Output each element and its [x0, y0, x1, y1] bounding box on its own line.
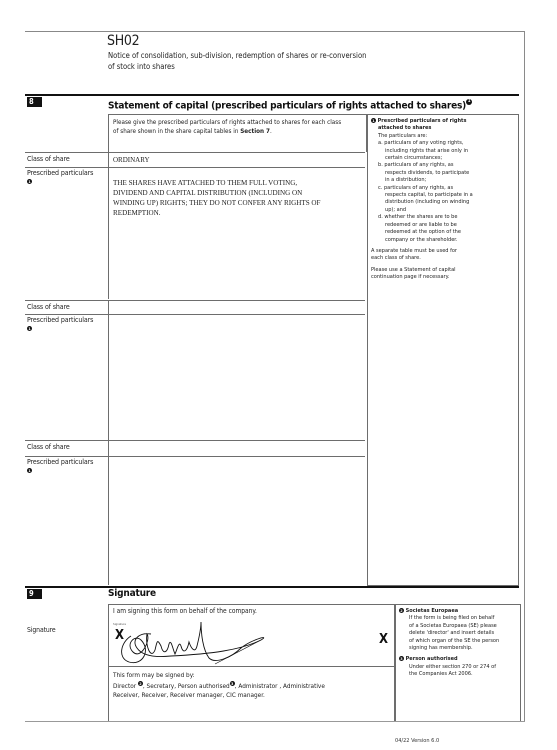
particulars-line: WINDING UP) RIGHTS; THEY DO NOT CONFER A… — [113, 198, 365, 208]
section9-bottom-rule — [25, 721, 525, 722]
notes-heading-line1: Prescribed particulars of rights — [378, 118, 467, 124]
note-marker-icon: 1 — [27, 468, 32, 473]
section9-note: 3 Person authorisedUnder either section … — [399, 656, 518, 678]
section9-rule — [25, 586, 519, 588]
notes-item-line: in a distribution; — [385, 177, 426, 183]
section8-instruction: Please give the prescribed particulars o… — [109, 115, 366, 136]
instruction-section-ref: Section 7 — [240, 128, 270, 135]
prescribed-particulars-text: Prescribed particulars — [27, 169, 93, 177]
section9-note-heading: Societas Europaea — [406, 608, 459, 614]
continuation-line2: continuation page if necessary. — [371, 274, 516, 281]
notes-item-line: up); and — [385, 207, 406, 213]
notes-item: d. whether the shares are to beredeemed … — [372, 214, 516, 244]
notes-item-line: particulars of any rights, as — [384, 162, 453, 168]
section9-note-line: the Companies Act 2006. — [409, 671, 473, 677]
section9-note-line: delete 'director' and insert details — [409, 630, 494, 636]
signers-box: This form may be signed by: Director 2, … — [108, 666, 395, 722]
note-marker-icon: 3 — [399, 656, 404, 661]
particulars-line: REDEMPTION. — [113, 208, 365, 218]
notes-item: b. particulars of any rights, asrespects… — [372, 162, 516, 184]
class-of-share-label: Class of share — [27, 443, 70, 451]
notes-item-letter: a. — [378, 140, 383, 146]
prescribed-particulars-label: Prescribed particulars1 — [27, 169, 93, 185]
class-of-share-label: Class of share — [27, 303, 70, 311]
header-top-rule — [25, 31, 525, 32]
section8-number: 8 — [27, 97, 42, 107]
signature-field[interactable]: Signature X X — [108, 620, 395, 667]
prescribed-particulars-field[interactable] — [108, 314, 365, 440]
notes-item-line: whether the shares are to be — [384, 214, 457, 220]
particulars-line: DIVIDEND AND CAPITAL DISTRIBUTION (INCLU… — [113, 188, 365, 198]
notes-heading-line2: attached to shares — [378, 125, 431, 131]
instruction-line2-prefix: of share shown in the share capital tabl… — [113, 128, 240, 135]
section9-number: 9 — [27, 589, 42, 599]
prescribed-particulars-label: Prescribed particulars1 — [27, 316, 93, 332]
notes-item-line: particulars of any voting rights, — [384, 140, 463, 146]
form-title-line1: Notice of consolidation, sub-division, r… — [108, 51, 366, 60]
section9-notes-box: 2 Societas EuropaeaIf the form is being … — [395, 604, 521, 722]
signers-line1: This form may be signed by: — [113, 671, 394, 680]
notes-item-letter: b. — [378, 162, 383, 168]
note-marker-icon: 1 — [27, 326, 32, 331]
signers-director: Director — [113, 682, 138, 690]
note-marker-icon: 1 — [27, 179, 32, 184]
form-code: SH02 — [107, 33, 139, 49]
prescribed-particulars-field[interactable] — [108, 456, 365, 585]
section9-note: 2 Societas EuropaeaIf the form is being … — [399, 608, 518, 652]
note-marker-icon: 2 — [399, 608, 404, 613]
declaration-text: I am signing this form on behalf of the … — [109, 605, 394, 615]
signers-text: This form may be signed by: Director 2, … — [109, 667, 394, 700]
class-of-share-field[interactable] — [108, 440, 365, 456]
prescribed-particulars-label: Prescribed particulars1 — [27, 458, 93, 474]
notes-item-letter: d. — [378, 214, 383, 220]
notes-list: a. particulars of any voting rights,incl… — [371, 140, 516, 244]
form-title-line2: of stock into shares — [108, 62, 175, 71]
separate-table-line2: each class of share. — [371, 255, 516, 262]
notes-item-line: company or the shareholder. — [385, 237, 457, 243]
notes-separate-table: A separate table must be used for each c… — [371, 248, 516, 263]
notes-item-line: including rights that arise only in — [385, 148, 468, 154]
section9-note-line: of a Societas Europaea (SE) please — [409, 623, 497, 629]
continuation-line1: Please use a Statement of capital — [371, 267, 516, 274]
notes-item-line: redeemed or are liable to be — [385, 222, 457, 228]
notes-item-line: certain circumstances; — [385, 155, 442, 161]
notes-heading: 1 Prescribed particulars of rightsattach… — [371, 118, 516, 133]
class-of-share-label: Class of share — [27, 155, 70, 163]
section9-note-line: signing has membership. — [409, 645, 473, 651]
page-right-border — [524, 31, 525, 721]
instruction-line2-suffix: . — [270, 128, 272, 135]
notes-item-line: respects dividends, to participate — [385, 170, 469, 176]
section9-note-line: Under either section 270 or 274 of — [409, 664, 496, 670]
signers-line2: Director 2, Secretary, Person authorised… — [113, 680, 394, 691]
section8-instruction-box: Please give the prescribed particulars o… — [108, 114, 367, 152]
section9-title: Signature — [108, 588, 156, 599]
notes-item-line: respects capital, to participate in a — [385, 192, 473, 198]
notes-item-line: redeemed at the option of the — [385, 229, 461, 235]
section8-title: Statement of capital (prescribed particu… — [108, 96, 472, 111]
signature-label: Signature — [27, 626, 56, 634]
prescribed-particulars-field[interactable]: THE SHARES HAVE ATTACHED TO THEM FULL VO… — [108, 167, 365, 299]
notes-intro: The particulars are: — [371, 133, 516, 140]
section8-notes-box: 1 Prescribed particulars of rightsattach… — [367, 114, 519, 586]
signers-line3: Receiver, Receiver, Receiver manager, CI… — [113, 691, 394, 700]
note-marker-icon: 1 — [466, 99, 472, 105]
separate-table-line1: A separate table must be used for — [371, 248, 516, 255]
section9-notes: 2 Societas EuropaeaIf the form is being … — [396, 605, 520, 679]
notes-item-letter: c. — [378, 185, 382, 191]
note-marker-icon: 1 — [371, 118, 376, 123]
section8-title-text: Statement of capital (prescribed particu… — [108, 100, 466, 111]
signers-secretary: , Secretary, Person authorised — [143, 682, 230, 690]
instruction-line2: of share shown in the share capital tabl… — [113, 127, 366, 136]
section9-note-line: If the form is being filed on behalf — [409, 615, 494, 621]
class-of-share-field[interactable] — [108, 300, 365, 314]
handwritten-signature-icon — [111, 620, 301, 666]
section9-note-line: of which organ of the SE the person — [409, 638, 499, 644]
declaration-box: I am signing this form on behalf of the … — [108, 604, 395, 621]
instruction-line1: Please give the prescribed particulars o… — [113, 118, 366, 127]
class-of-share-field[interactable]: ORDINARY — [108, 152, 365, 167]
prescribed-particulars-text: Prescribed particulars — [27, 458, 93, 466]
form-version: 04/22 Version 6.0 — [395, 738, 439, 744]
prescribed-particulars-text: Prescribed particulars — [27, 316, 93, 324]
particulars-line: THE SHARES HAVE ATTACHED TO THEM FULL VO… — [113, 178, 365, 188]
notes-item-line: distribution (including on winding — [385, 199, 469, 205]
notes-item-line: particulars of any rights, as — [384, 185, 453, 191]
section8-notes: 1 Prescribed particulars of rightsattach… — [368, 115, 518, 282]
section9-note-heading: Person authorised — [406, 656, 458, 662]
notes-continuation: Please use a Statement of capital contin… — [371, 267, 516, 282]
signature-cross-right: X — [379, 632, 388, 647]
signers-administrator: , Administrator , Administrative — [235, 682, 325, 690]
notes-item: a. particulars of any voting rights,incl… — [372, 140, 516, 162]
notes-item: c. particulars of any rights, asrespects… — [372, 185, 516, 215]
